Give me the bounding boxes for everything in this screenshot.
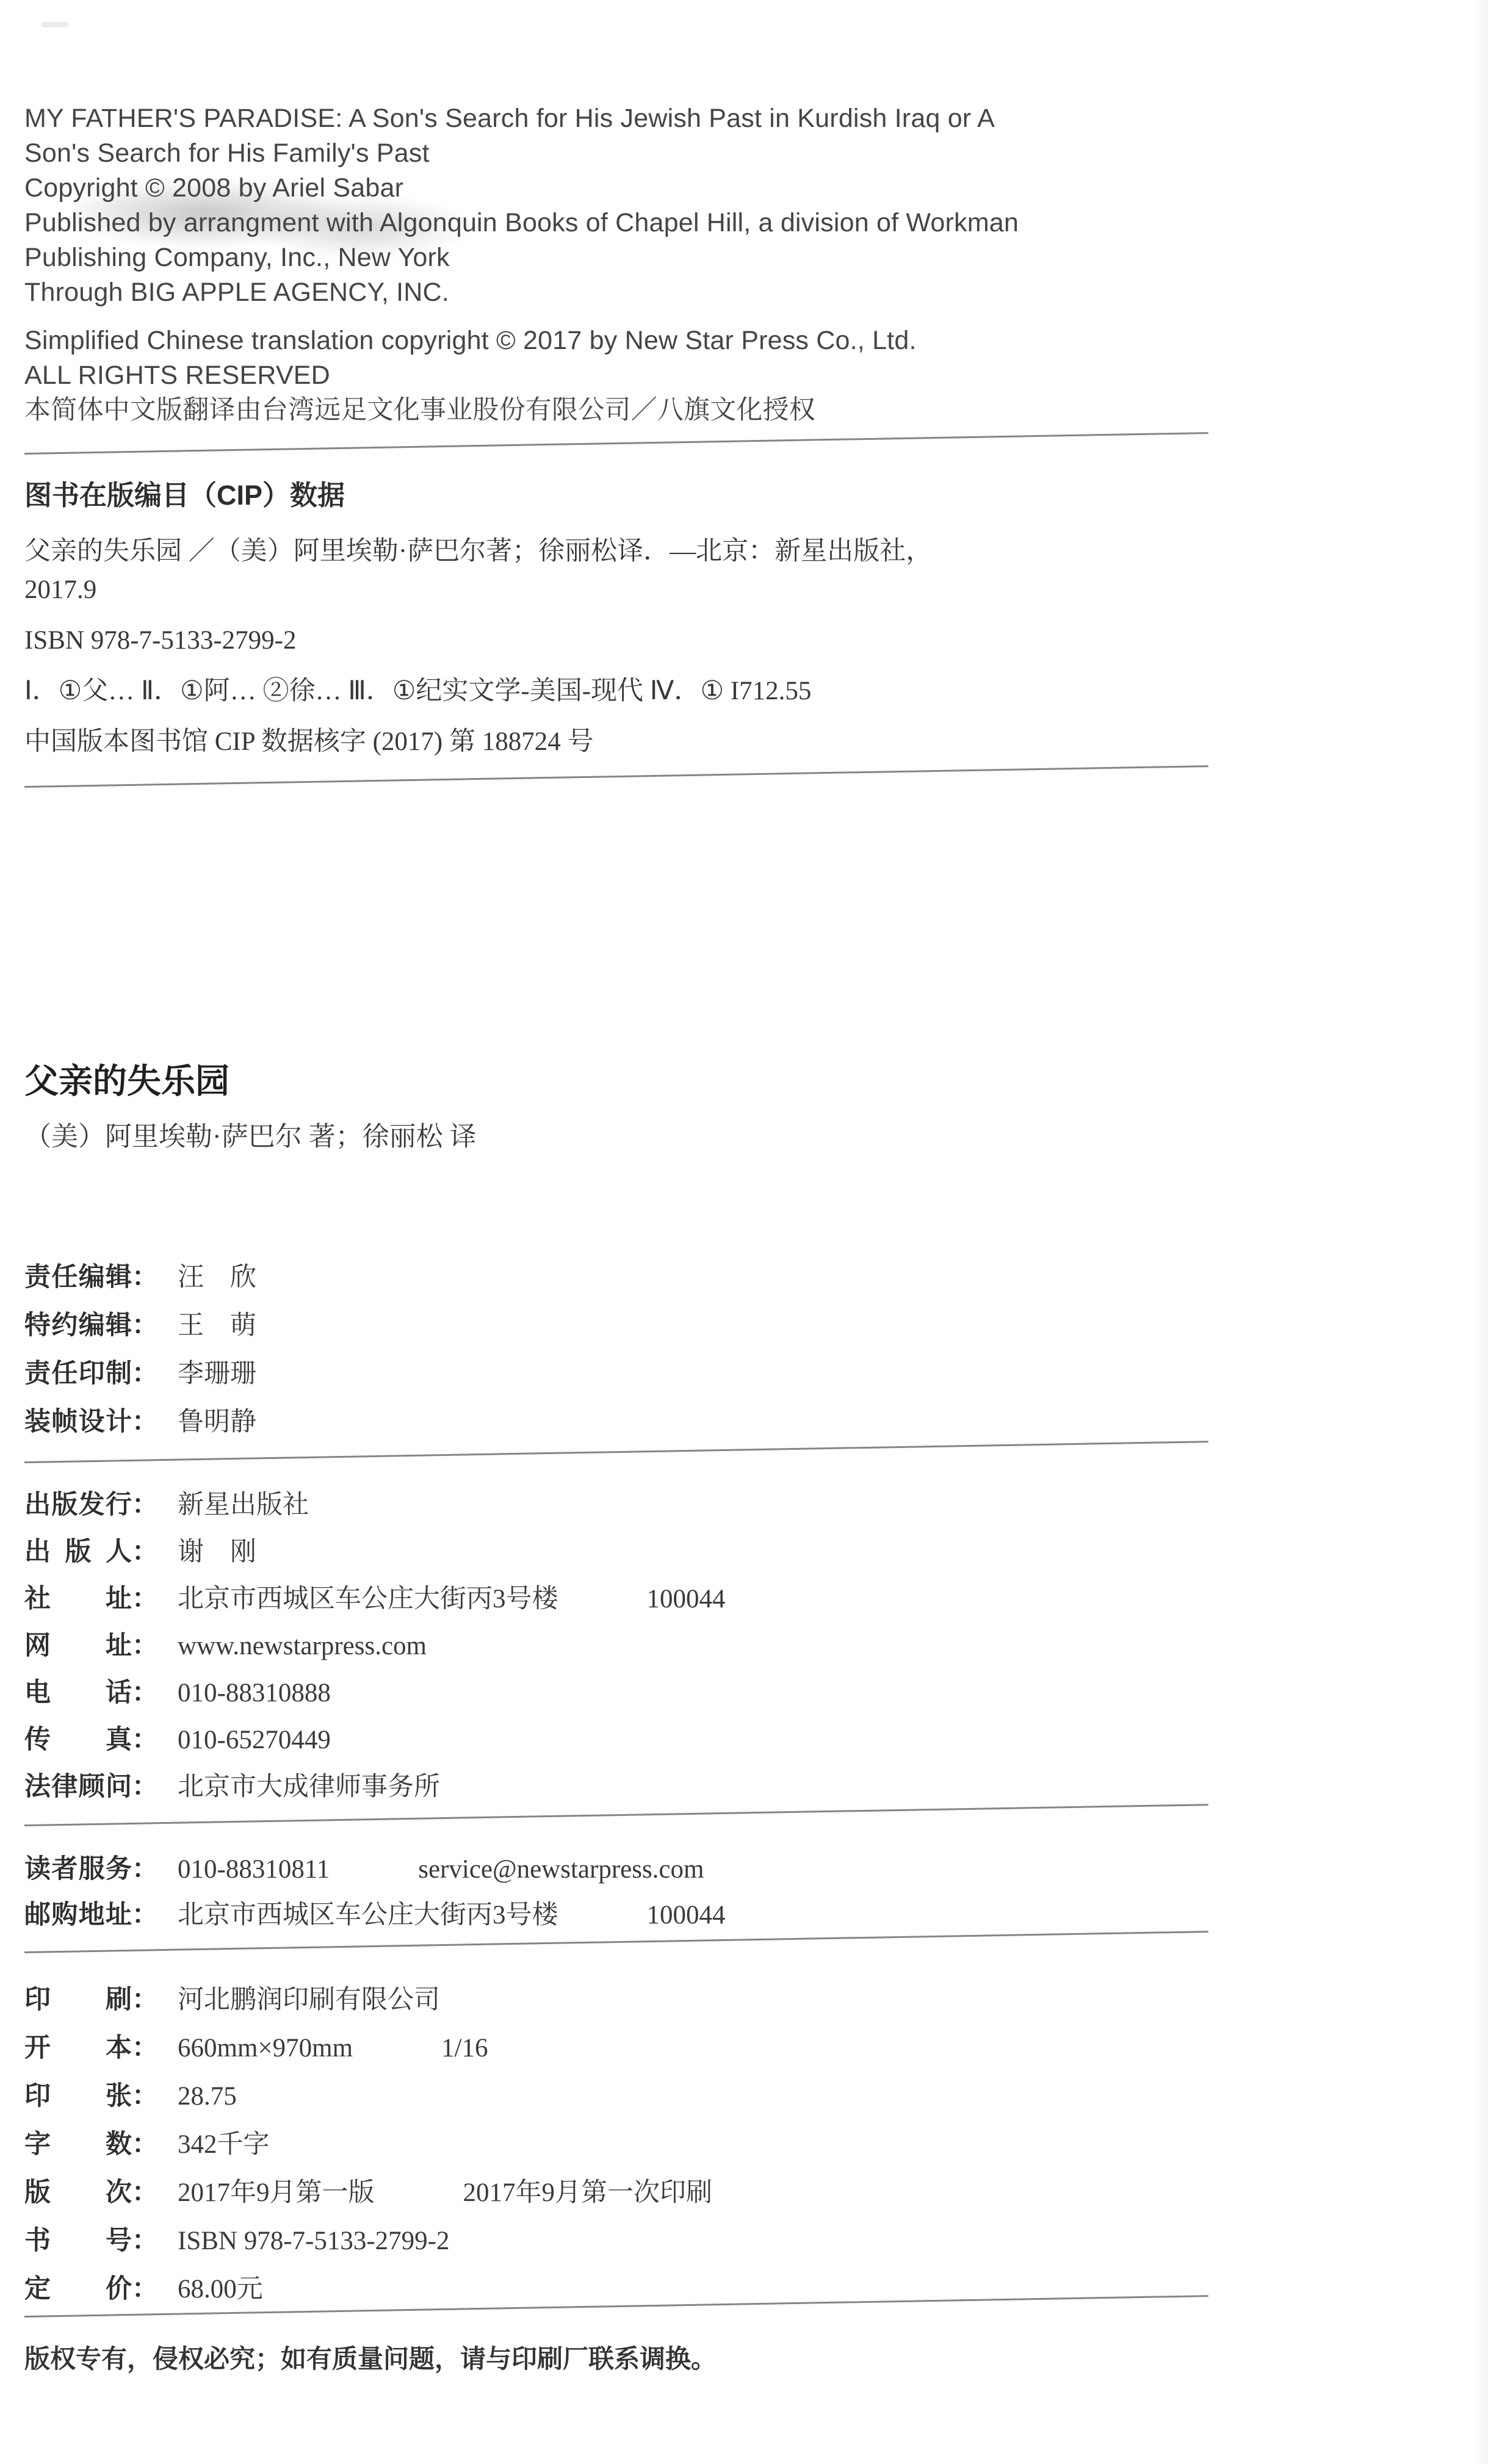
colophon-page: MY FATHER'S PARADISE: A Son's Search for…: [0, 0, 1488, 2464]
divider-rule: [24, 765, 1208, 788]
publisher-row: 电话：010-88310888: [24, 1670, 1428, 1717]
printing-row: 定价：68.00元: [24, 2265, 1428, 2313]
divider-rule: [24, 432, 1208, 455]
reader-row: 读者服务：010-88310811service@newstarpress.co…: [24, 1846, 1428, 1892]
book-title: 父亲的失乐园: [24, 1054, 229, 1103]
field-label: 印张: [24, 2072, 132, 2120]
label-colon: ：: [132, 1772, 158, 1801]
printing-row: 印刷：河北鹏润印刷有限公司: [24, 1976, 1428, 2024]
field-value: 李珊珊: [178, 1360, 256, 1388]
staff-block: 责任编辑：汪 欣 特约编辑：王 萌 责任印制：李珊珊 装帧设计：鲁明静: [24, 1253, 1428, 1446]
cip-line: 父亲的失乐园 ／（美）阿里埃勒·萨巴尔著；徐丽松译．—北京：新星出版社，: [24, 532, 1428, 571]
staff-row: 责任编辑：汪 欣: [24, 1253, 1428, 1302]
field-label: 字数: [24, 2120, 132, 2168]
field-label: 特约编辑: [24, 1302, 132, 1349]
printing-row: 开本：660mm×970mm1/16: [24, 2024, 1428, 2072]
printing-row: 字数：342千字: [24, 2120, 1428, 2169]
publisher-row: 传真：010-65270449: [24, 1717, 1428, 1763]
label-colon: ：: [132, 1263, 158, 1292]
label-colon: ：: [132, 1678, 158, 1707]
staff-row: 责任印制：李珊珊: [24, 1350, 1428, 1398]
field-label: 邮购地址: [24, 1892, 132, 1938]
printing-row: 书号：ISBN 978-7-5133-2799-2: [24, 2217, 1428, 2265]
publisher-row: 网址：www.newstarpress.com: [24, 1623, 1428, 1670]
field-label: 责任编辑: [24, 1253, 132, 1301]
edition-date: 2017年9月第一版: [178, 2178, 375, 2207]
field-label: 网址: [24, 1623, 132, 1670]
format-fraction: 1/16: [441, 2034, 488, 2062]
publisher-row: 出版人：谢 刚: [24, 1529, 1428, 1576]
publisher-row: 出版发行：新星出版社: [24, 1482, 1428, 1529]
publisher-block: 出版发行：新星出版社 出版人：谢 刚 社址：北京市西城区车公庄大街丙3号楼100…: [24, 1482, 1428, 1810]
label-colon: ：: [132, 2274, 158, 2304]
copyright-line: Copyright © 2008 by Ariel Sabar: [24, 171, 1428, 206]
copyright-line: Published by arrangment with Algonquin B…: [24, 206, 1428, 240]
label-colon: ：: [132, 2081, 158, 2111]
publisher-row: 社址：北京市西城区车公庄大街丙3号楼100044: [24, 1576, 1428, 1623]
copyright-line: Simplified Chinese translation copyright…: [24, 323, 1428, 358]
field-value: 北京市西城区车公庄大街丙3号楼: [178, 1585, 558, 1613]
field-label: 版次: [24, 2169, 132, 2216]
label-colon: ：: [132, 2033, 158, 2062]
label-colon: ：: [132, 1537, 158, 1566]
label-colon: ：: [132, 1725, 158, 1754]
label-colon: ：: [132, 1584, 158, 1613]
label-colon: ：: [132, 1311, 158, 1340]
copyright-warning-note: 版权专有，侵权必究；如有质量问题，请与印刷厂联系调换。: [24, 2339, 717, 2376]
printing-block: 印刷：河北鹏润印刷有限公司 开本：660mm×970mm1/16 印张：28.7…: [24, 1976, 1428, 2313]
field-label: 法律顾问: [24, 1763, 132, 1810]
scan-mark-artifact: [42, 22, 68, 27]
field-label: 读者服务: [24, 1846, 132, 1892]
field-label: 出版发行: [24, 1482, 132, 1529]
english-copyright-block: MY FATHER'S PARADISE: A Son's Search for…: [24, 101, 1428, 428]
field-label: 出版人: [24, 1529, 132, 1576]
postal-code: 100044: [647, 1585, 726, 1613]
field-label: 书号: [24, 2217, 132, 2264]
field-label: 电话: [24, 1670, 132, 1717]
copyright-line: MY FATHER'S PARADISE: A Son's Search for…: [24, 101, 1428, 136]
label-colon: ：: [132, 2130, 158, 2159]
field-label: 定价: [24, 2265, 132, 2313]
copyright-line: Through BIG APPLE AGENCY, INC.: [24, 275, 1428, 310]
label-colon: ：: [132, 1900, 158, 1929]
copyright-line: ALL RIGHTS RESERVED: [24, 358, 1428, 393]
printing-row: 版次：2017年9月第一版2017年9月第一次印刷: [24, 2169, 1428, 2217]
label-colon: ：: [132, 1985, 158, 2014]
book-byline: （美）阿里埃勒·萨巴尔 著；徐丽松 译: [24, 1114, 477, 1153]
staff-row: 特约编辑：王 萌: [24, 1302, 1428, 1350]
label-colon: ：: [132, 2178, 158, 2207]
field-value: 北京市西城区车公庄大街丙3号楼: [178, 1901, 558, 1929]
field-value: 王 萌: [178, 1311, 256, 1340]
reader-row: 邮购地址：北京市西城区车公庄大街丙3号楼100044: [24, 1892, 1428, 1938]
publisher-row: 法律顾问：北京市大成律师事务所: [24, 1763, 1428, 1810]
field-value: 660mm×970mm: [178, 2034, 353, 2062]
fax-number: 010-65270449: [178, 1726, 331, 1754]
printing-row: 印张：28.75: [24, 2072, 1428, 2120]
field-label: 传真: [24, 1717, 132, 1763]
label-colon: ：: [132, 1490, 158, 1519]
copyright-line: Publishing Company, Inc., New York: [24, 240, 1428, 275]
field-label: 责任印制: [24, 1350, 132, 1397]
postal-code: 100044: [647, 1901, 726, 1929]
label-colon: ：: [132, 1631, 158, 1660]
cip-block: 父亲的失乐园 ／（美）阿里埃勒·萨巴尔著；徐丽松译．—北京：新星出版社， 201…: [24, 532, 1428, 761]
cip-registry-line: 中国版本图书馆 CIP 数据核字 (2017) 第 188724 号: [24, 722, 1428, 761]
field-value: 342千字: [178, 2130, 270, 2159]
service-email: service@newstarpress.com: [418, 1855, 704, 1884]
label-colon: ：: [132, 1854, 158, 1884]
field-label: 开本: [24, 2024, 132, 2072]
label-colon: ：: [132, 2226, 158, 2255]
website-url: www.newstarpress.com: [178, 1632, 427, 1660]
cip-heading: 图书在版编目（CIP）数据: [24, 473, 345, 513]
field-label: 印刷: [24, 1976, 132, 2023]
cip-classification-line: Ⅰ．①父… Ⅱ．①阿… ②徐… Ⅲ．①纪实文学-美国-现代 Ⅳ．① I712.5…: [24, 672, 1428, 710]
field-label: 装帧设计: [24, 1398, 132, 1446]
label-colon: ：: [132, 1407, 158, 1436]
field-value: 鲁明静: [178, 1408, 256, 1436]
field-value: 北京市大成律师事务所: [178, 1773, 440, 1801]
page-edge-shade: [1475, 0, 1488, 2464]
cip-isbn-line: ISBN 978-7-5133-2799-2: [24, 621, 1428, 660]
phone-number: 010-88310888: [178, 1679, 331, 1707]
reader-service-block: 读者服务：010-88310811service@newstarpress.co…: [24, 1846, 1428, 1938]
field-value: 谢 刚: [178, 1538, 256, 1566]
field-value: 河北鹏润印刷有限公司: [178, 1986, 440, 2014]
copyright-line: Son's Search for His Family's Past: [24, 136, 1428, 171]
isbn-number: ISBN 978-7-5133-2799-2: [178, 2227, 450, 2255]
label-colon: ：: [132, 1359, 158, 1388]
field-value: 新星出版社: [178, 1491, 309, 1519]
cip-line: 2017.9: [24, 571, 1428, 609]
staff-row: 装帧设计：鲁明静: [24, 1398, 1428, 1446]
price-value: 68.00元: [178, 2275, 263, 2304]
printing-date: 2017年9月第一次印刷: [463, 2178, 713, 2207]
phone-number: 010-88310811: [178, 1855, 330, 1884]
copyright-line: 本简体中文版翻译由台湾远足文化事业股份有限公司／八旗文化授权: [24, 393, 1428, 428]
field-label: 社址: [24, 1576, 132, 1623]
field-value: 汪 欣: [178, 1263, 256, 1292]
field-value: 28.75: [178, 2082, 237, 2111]
